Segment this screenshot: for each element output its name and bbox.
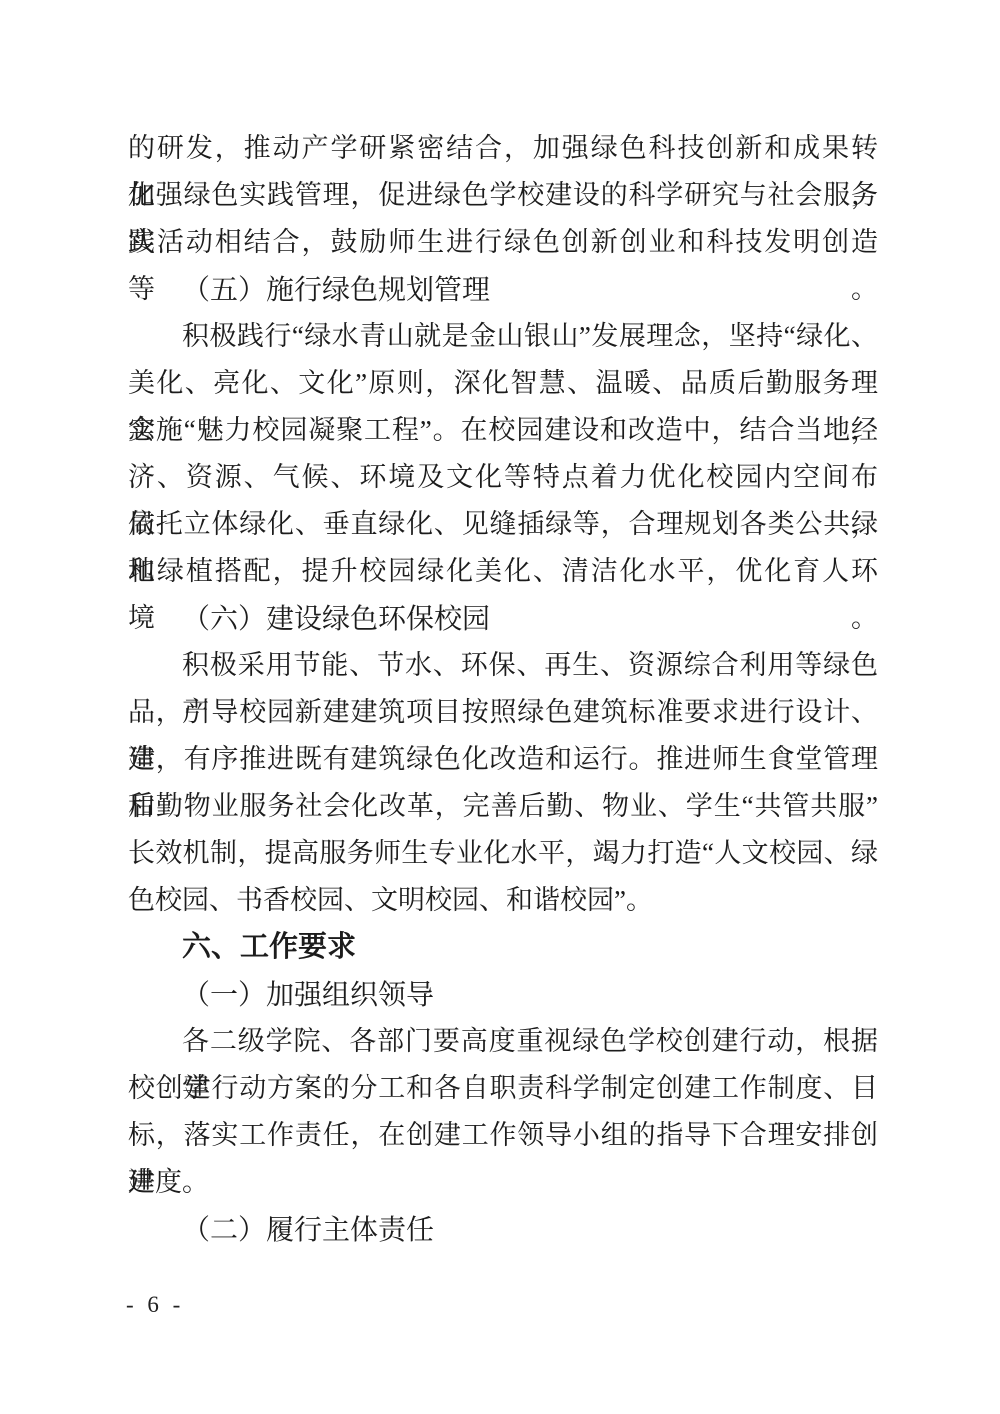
text-line: 济、资源、气候、环境及文化等特点着力优化校园内空间布局，: [128, 454, 878, 501]
text-line: 后勤物业服务社会化改革，完善后勤、物业、学生“共管共服”: [128, 783, 878, 830]
text-line: 的研发，推动产学研紧密结合，加强绿色科技创新和成果转化，: [128, 125, 878, 172]
text-line: 长效机制，提高服务师生专业化水平，竭力打造“人文校园、绿: [128, 830, 878, 877]
text-line: 校创建行动方案的分工和各自职责科学制定创建工作制度、目: [128, 1065, 878, 1112]
page-number: - 6 -: [126, 1292, 184, 1318]
text-line: 进度。: [128, 1159, 878, 1206]
text-line: 造，有序推进既有建筑绿色化改造和运行。推进师生食堂管理和: [128, 736, 878, 783]
text-line: 品，引导校园新建建筑项目按照绿色建筑标准要求进行设计、建: [128, 689, 878, 736]
text-line: 依托立体绿化、垂直绿化、见缝插绿等，合理规划各类公共绿地: [128, 501, 878, 548]
text-line: 积极践行“绿水青山就是金山银山”发展理念，坚持“绿化、: [128, 313, 878, 360]
section-heading: 六、工作要求: [128, 924, 878, 971]
text-line: 积极采用节能、节水、环保、再生、资源综合利用等绿色产: [128, 642, 878, 689]
text-line: 标，落实工作责任，在创建工作领导小组的指导下合理安排创建: [128, 1112, 878, 1159]
document-body: 的研发，推动产学研紧密结合，加强绿色科技创新和成果转化，加强绿色实践管理，促进绿…: [128, 125, 878, 1253]
sub-heading: （二）履行主体责任: [128, 1206, 878, 1253]
sub-heading: （一）加强组织领导: [128, 971, 878, 1018]
text-line: 践活动相结合，鼓励师生进行绿色创新创业和科技发明创造等。: [128, 219, 878, 266]
text-line: 色校园、书香校园、文明校园、和谐校园”。: [128, 877, 878, 924]
text-line: 和绿植搭配，提升校园绿化美化、清洁化水平，优化育人环境。: [128, 548, 878, 595]
text-line: 加强绿色实践管理，促进绿色学校建设的科学研究与社会服务实: [128, 172, 878, 219]
document-page: 的研发，推动产学研紧密结合，加强绿色科技创新和成果转化，加强绿色实践管理，促进绿…: [0, 0, 1000, 1414]
text-line: 美化、亮化、文化”原则，深化智慧、温暖、品质后勤服务理念，: [128, 360, 878, 407]
text-line: 各二级学院、各部门要高度重视绿色学校创建行动，根据学: [128, 1018, 878, 1065]
text-line: 实施“魅力校园凝聚工程”。在校园建设和改造中，结合当地经: [128, 407, 878, 454]
